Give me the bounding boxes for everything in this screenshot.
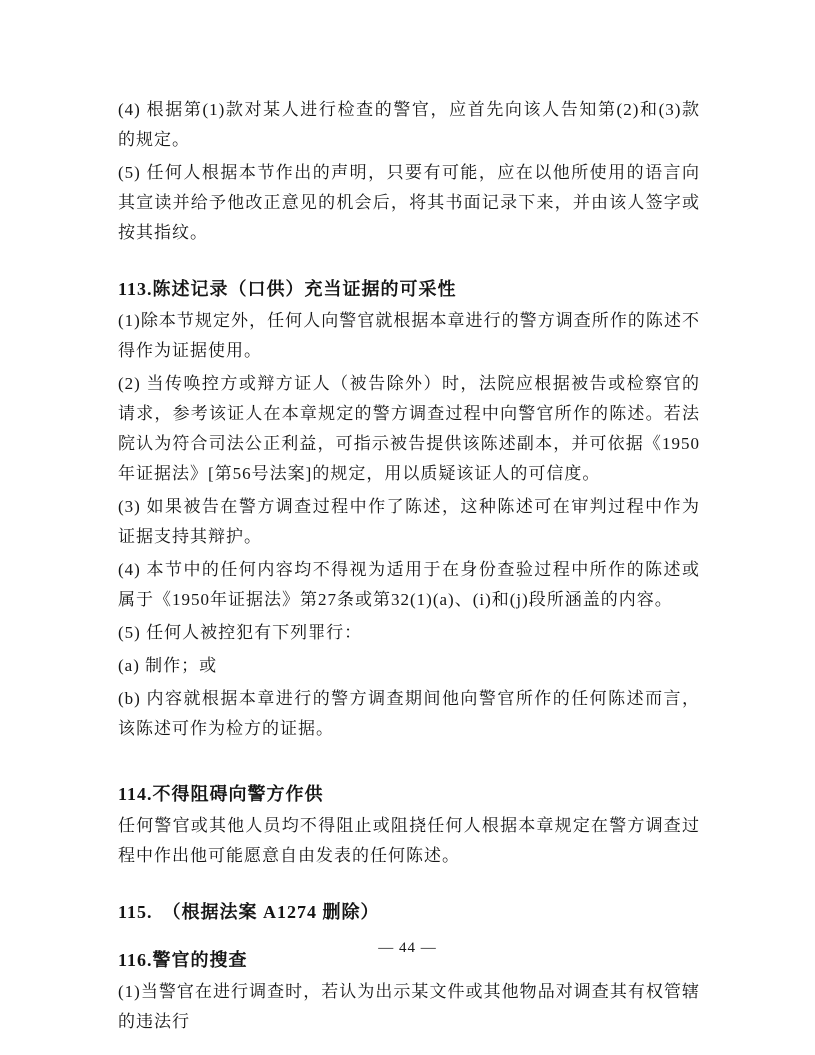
lead-paragraph-5: (5) 任何人根据本节作出的声明，只要有可能，应在以他所使用的语言向其宣读并给予… — [118, 158, 700, 248]
page-number: — 44 — — [0, 940, 815, 957]
section-113-paragraph-4: (4) 本节中的任何内容均不得视为适用于在身份查验过程中所作的陈述或属于《195… — [118, 555, 700, 615]
document-page: (4) 根据第(1)款对某人进行检查的警官，应首先向该人告知第(2)和(3)款的… — [0, 0, 815, 1055]
section-115-heading: 115. （根据法案 A1274 删除） — [118, 897, 700, 927]
section-116-paragraph-1: (1)当警官在进行调查时，若认为出示某文件或其他物品对调查其有权管辖的违法行 — [118, 977, 700, 1037]
section-114-paragraph-1: 任何警官或其他人员均不得阻止或阻挠任何人根据本章规定在警方调查过程中作出他可能愿… — [118, 811, 700, 871]
section-114-heading: 114.不得阻碍向警方作供 — [118, 779, 700, 809]
section-113-paragraph-1: (1)除本节规定外，任何人向警官就根据本章进行的警方调查所作的陈述不得作为证据使… — [118, 306, 700, 366]
lead-paragraph-4: (4) 根据第(1)款对某人进行检查的警官，应首先向该人告知第(2)和(3)款的… — [118, 95, 700, 155]
section-113-paragraph-5: (5) 任何人被控犯有下列罪行： — [118, 618, 700, 648]
section-113-heading: 113.陈述记录（口供）充当证据的可采性 — [118, 274, 700, 304]
page-content: (4) 根据第(1)款对某人进行检查的警官，应首先向该人告知第(2)和(3)款的… — [0, 0, 815, 1037]
section-113-paragraph-3: (3) 如果被告在警方调查过程中作了陈述，这种陈述可在审判过程中作为证据支持其辩… — [118, 492, 700, 552]
section-113-paragraph-5a: (a) 制作；或 — [118, 651, 700, 681]
section-113-paragraph-2: (2) 当传唤控方或辩方证人（被告除外）时，法院应根据被告或检察官的请求，参考该… — [118, 369, 700, 489]
section-113-paragraph-5b: (b) 内容就根据本章进行的警方调查期间他向警官所作的任何陈述而言，该陈述可作为… — [118, 684, 700, 744]
